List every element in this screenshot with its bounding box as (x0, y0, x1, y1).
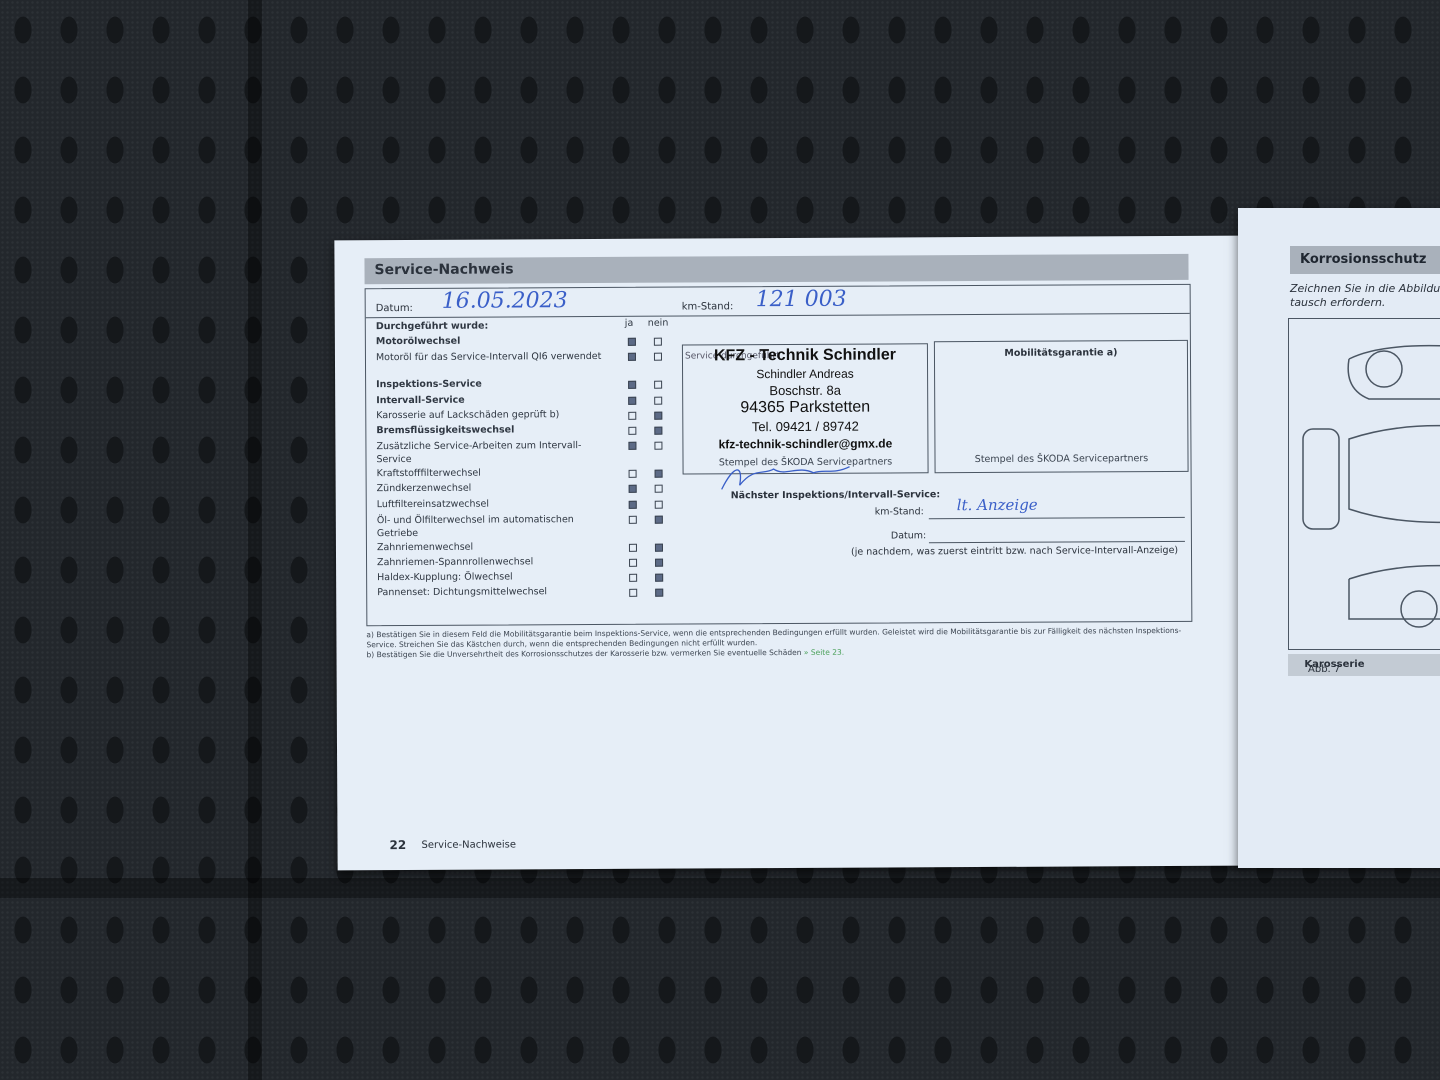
next-datum-label: Datum: (891, 530, 926, 541)
col-nein: nein (648, 318, 669, 329)
checkbox-ja[interactable] (629, 574, 637, 582)
checkbox-ja[interactable] (628, 353, 636, 361)
booklet-left-page: Service-Nachweis Datum: 16.05.2023 km-St… (334, 236, 1243, 871)
task-label: Bremsflüssigkeitswechsel (376, 424, 514, 436)
performed-header: Durchgeführt wurde: ja nein (376, 320, 658, 337)
task-label: Motorölwechsel (376, 336, 461, 347)
next-service-note: (je nachdem, was zuerst eintritt bzw. na… (851, 545, 1178, 558)
section-title-bar: Service-Nachweis (364, 254, 1188, 284)
figure-caption: Abb. 7 Karosserie (1288, 654, 1440, 676)
service-form: Datum: 16.05.2023 km-Stand: 121 003 Durc… (365, 284, 1193, 626)
right-section-title: Korrosionsschutz (1300, 252, 1426, 267)
performed-label: Durchgeführt wurde: (376, 321, 488, 333)
right-intro-line1: Zeichnen Sie in die Abbildu (1290, 282, 1440, 296)
checkbox-nein[interactable] (654, 396, 662, 404)
service-stamp-box: Service durchgeführt KFZ - Technik Schin… (682, 343, 929, 474)
checkbox-ja[interactable] (629, 559, 637, 567)
car-body-figure (1288, 318, 1440, 650)
km-label: km-Stand: (682, 301, 734, 312)
checkbox-ja[interactable] (629, 543, 637, 551)
footnotes: a) Bestätigen Sie in diesem Feld die Mob… (366, 626, 1190, 660)
stamp-street: Boschstr. 8a (683, 382, 927, 398)
task-row: Zusätzliche Service-Arbeiten zum Interva… (376, 439, 616, 468)
footnote-b-link[interactable]: » Seite 23. (804, 648, 844, 657)
checkbox-nein[interactable] (654, 411, 662, 419)
next-km-value: lt. Anzeige (957, 496, 1038, 514)
task-label: Zusätzliche Service-Arbeiten zum Interva… (376, 440, 581, 465)
figure-number: Abb. 7 (1308, 664, 1340, 675)
checkbox-ja[interactable] (628, 338, 636, 346)
next-datum-line (929, 541, 1185, 543)
stamp-owner: Schindler Andreas (683, 366, 927, 381)
task-list: Durchgeführt wurde: ja nein Motorölwechs… (376, 320, 659, 603)
task-label: Öl- und Ölfilterwechsel im automatischen… (377, 514, 574, 539)
checkbox-nein[interactable] (655, 500, 663, 508)
task-label: Pannenset: Dichtungsmittelwechsel (377, 587, 547, 599)
datum-value: 16.05.2023 (442, 288, 568, 314)
figure-caption-text: Abb. 7 Karosserie (1298, 659, 1365, 670)
datum-row: Datum: 16.05.2023 km-Stand: 121 003 (366, 285, 1190, 318)
checkbox-ja[interactable] (628, 396, 636, 404)
checkbox-ja[interactable] (629, 589, 637, 597)
seat-seam (0, 878, 1440, 898)
checkbox-nein[interactable] (655, 515, 663, 523)
right-intro-line2: tausch erfordern. (1290, 296, 1440, 310)
checkbox-ja[interactable] (629, 515, 637, 523)
task-row: Haldex-Kupplung: Ölwechsel (377, 571, 659, 588)
task-row: Zahnriemenwechsel (377, 540, 659, 557)
page-name: Service-Nachweise (421, 839, 516, 850)
car-outline-icon (1289, 319, 1440, 649)
mobility-title: Mobilitätsgarantie a) (935, 347, 1187, 359)
task-row: Pannenset: Dichtungsmittelwechsel (377, 586, 659, 603)
task-label: Haldex-Kupplung: Ölwechsel (377, 572, 513, 584)
footnote-b-text: b) Bestätigen Sie die Unversehrtheit des… (367, 648, 802, 659)
task-label: Intervall-Service (376, 394, 465, 405)
checkbox-nein[interactable] (654, 442, 662, 450)
task-label: Zahnriemenwechsel (377, 541, 473, 553)
checkbox-ja[interactable] (628, 442, 636, 450)
stamp-phone: Tel. 09421 / 89742 (683, 418, 927, 434)
checkbox-nein[interactable] (655, 589, 663, 597)
checkbox-nein[interactable] (654, 338, 662, 346)
checkbox-ja[interactable] (628, 412, 636, 420)
checkbox-nein[interactable] (654, 427, 662, 435)
stamp-city: 94365 Parkstetten (683, 398, 927, 417)
task-row: Motorölwechsel (376, 335, 658, 352)
task-row: Inspektions-Service (376, 378, 658, 395)
checkbox-nein[interactable] (655, 485, 663, 493)
task-label: Zahnriemen-Spannrollenwechsel (377, 556, 533, 568)
next-service-title: Nächster Inspektions/Intervall-Service: (731, 489, 940, 501)
next-km-line (929, 517, 1185, 519)
task-label: Kraftstofffilterwechsel (377, 468, 481, 480)
checkbox-ja[interactable] (628, 427, 636, 435)
task-label: Luftfiltereinsatzwechsel (377, 498, 489, 510)
task-row: Karosserie auf Lackschäden geprüft b) (376, 408, 658, 425)
mobility-guarantee-box: Mobilitätsgarantie a) Stempel des ŠKODA … (934, 340, 1189, 473)
checkbox-nein[interactable] (655, 470, 663, 478)
task-row: Zündkerzenwechsel (377, 482, 659, 499)
stamp-email: kfz-technik-schindler@gmx.de (683, 436, 927, 451)
seat-seam-vertical (248, 0, 262, 1080)
right-section-title-bar: Korrosionsschutz (1290, 246, 1440, 274)
page-number: 22 (389, 838, 406, 852)
task-label: Zündkerzenwechsel (377, 483, 472, 494)
checkbox-nein[interactable] (655, 543, 663, 551)
task-row: Öl- und Ölfilterwechsel im automatischen… (377, 513, 617, 542)
checkbox-ja[interactable] (629, 485, 637, 493)
section-title: Service-Nachweis (374, 261, 513, 278)
checkbox-ja[interactable] (629, 500, 637, 508)
mobility-caption: Stempel des ŠKODA Servicepartners (935, 453, 1187, 465)
checkbox-nein[interactable] (654, 353, 662, 361)
task-row: Zahnriemen-Spannrollenwechsel (377, 556, 659, 573)
checkbox-nein[interactable] (654, 381, 662, 389)
task-row: Kraftstofffilterwechsel (377, 467, 659, 484)
task-label: Motoröl für das Service-Intervall QI6 ve… (376, 351, 601, 363)
datum-label: Datum: (376, 303, 413, 314)
checkbox-nein[interactable] (655, 574, 663, 582)
task-row: Bremsflüssigkeitswechsel (376, 424, 658, 441)
task-row: Motoröl für das Service-Intervall QI6 ve… (376, 350, 616, 379)
task-label: Inspektions-Service (376, 379, 482, 391)
checkbox-ja[interactable] (629, 470, 637, 478)
km-value: 121 003 (756, 287, 847, 312)
booklet-right-page: Korrosionsschutz Zeichnen Sie in die Abb… (1238, 208, 1440, 868)
stamp-company: KFZ - Technik Schindler (683, 346, 927, 365)
task-row: Intervall-Service (376, 393, 658, 410)
checkbox-nein[interactable] (655, 559, 663, 567)
checkbox-ja[interactable] (628, 381, 636, 389)
col-ja: ja (625, 318, 634, 329)
right-intro: Zeichnen Sie in die Abbildu tausch erfor… (1290, 282, 1440, 310)
next-km-label: km-Stand: (875, 506, 924, 517)
task-label: Karosserie auf Lackschäden geprüft b) (376, 409, 559, 421)
task-row: Luftfiltereinsatzwechsel (377, 497, 659, 514)
